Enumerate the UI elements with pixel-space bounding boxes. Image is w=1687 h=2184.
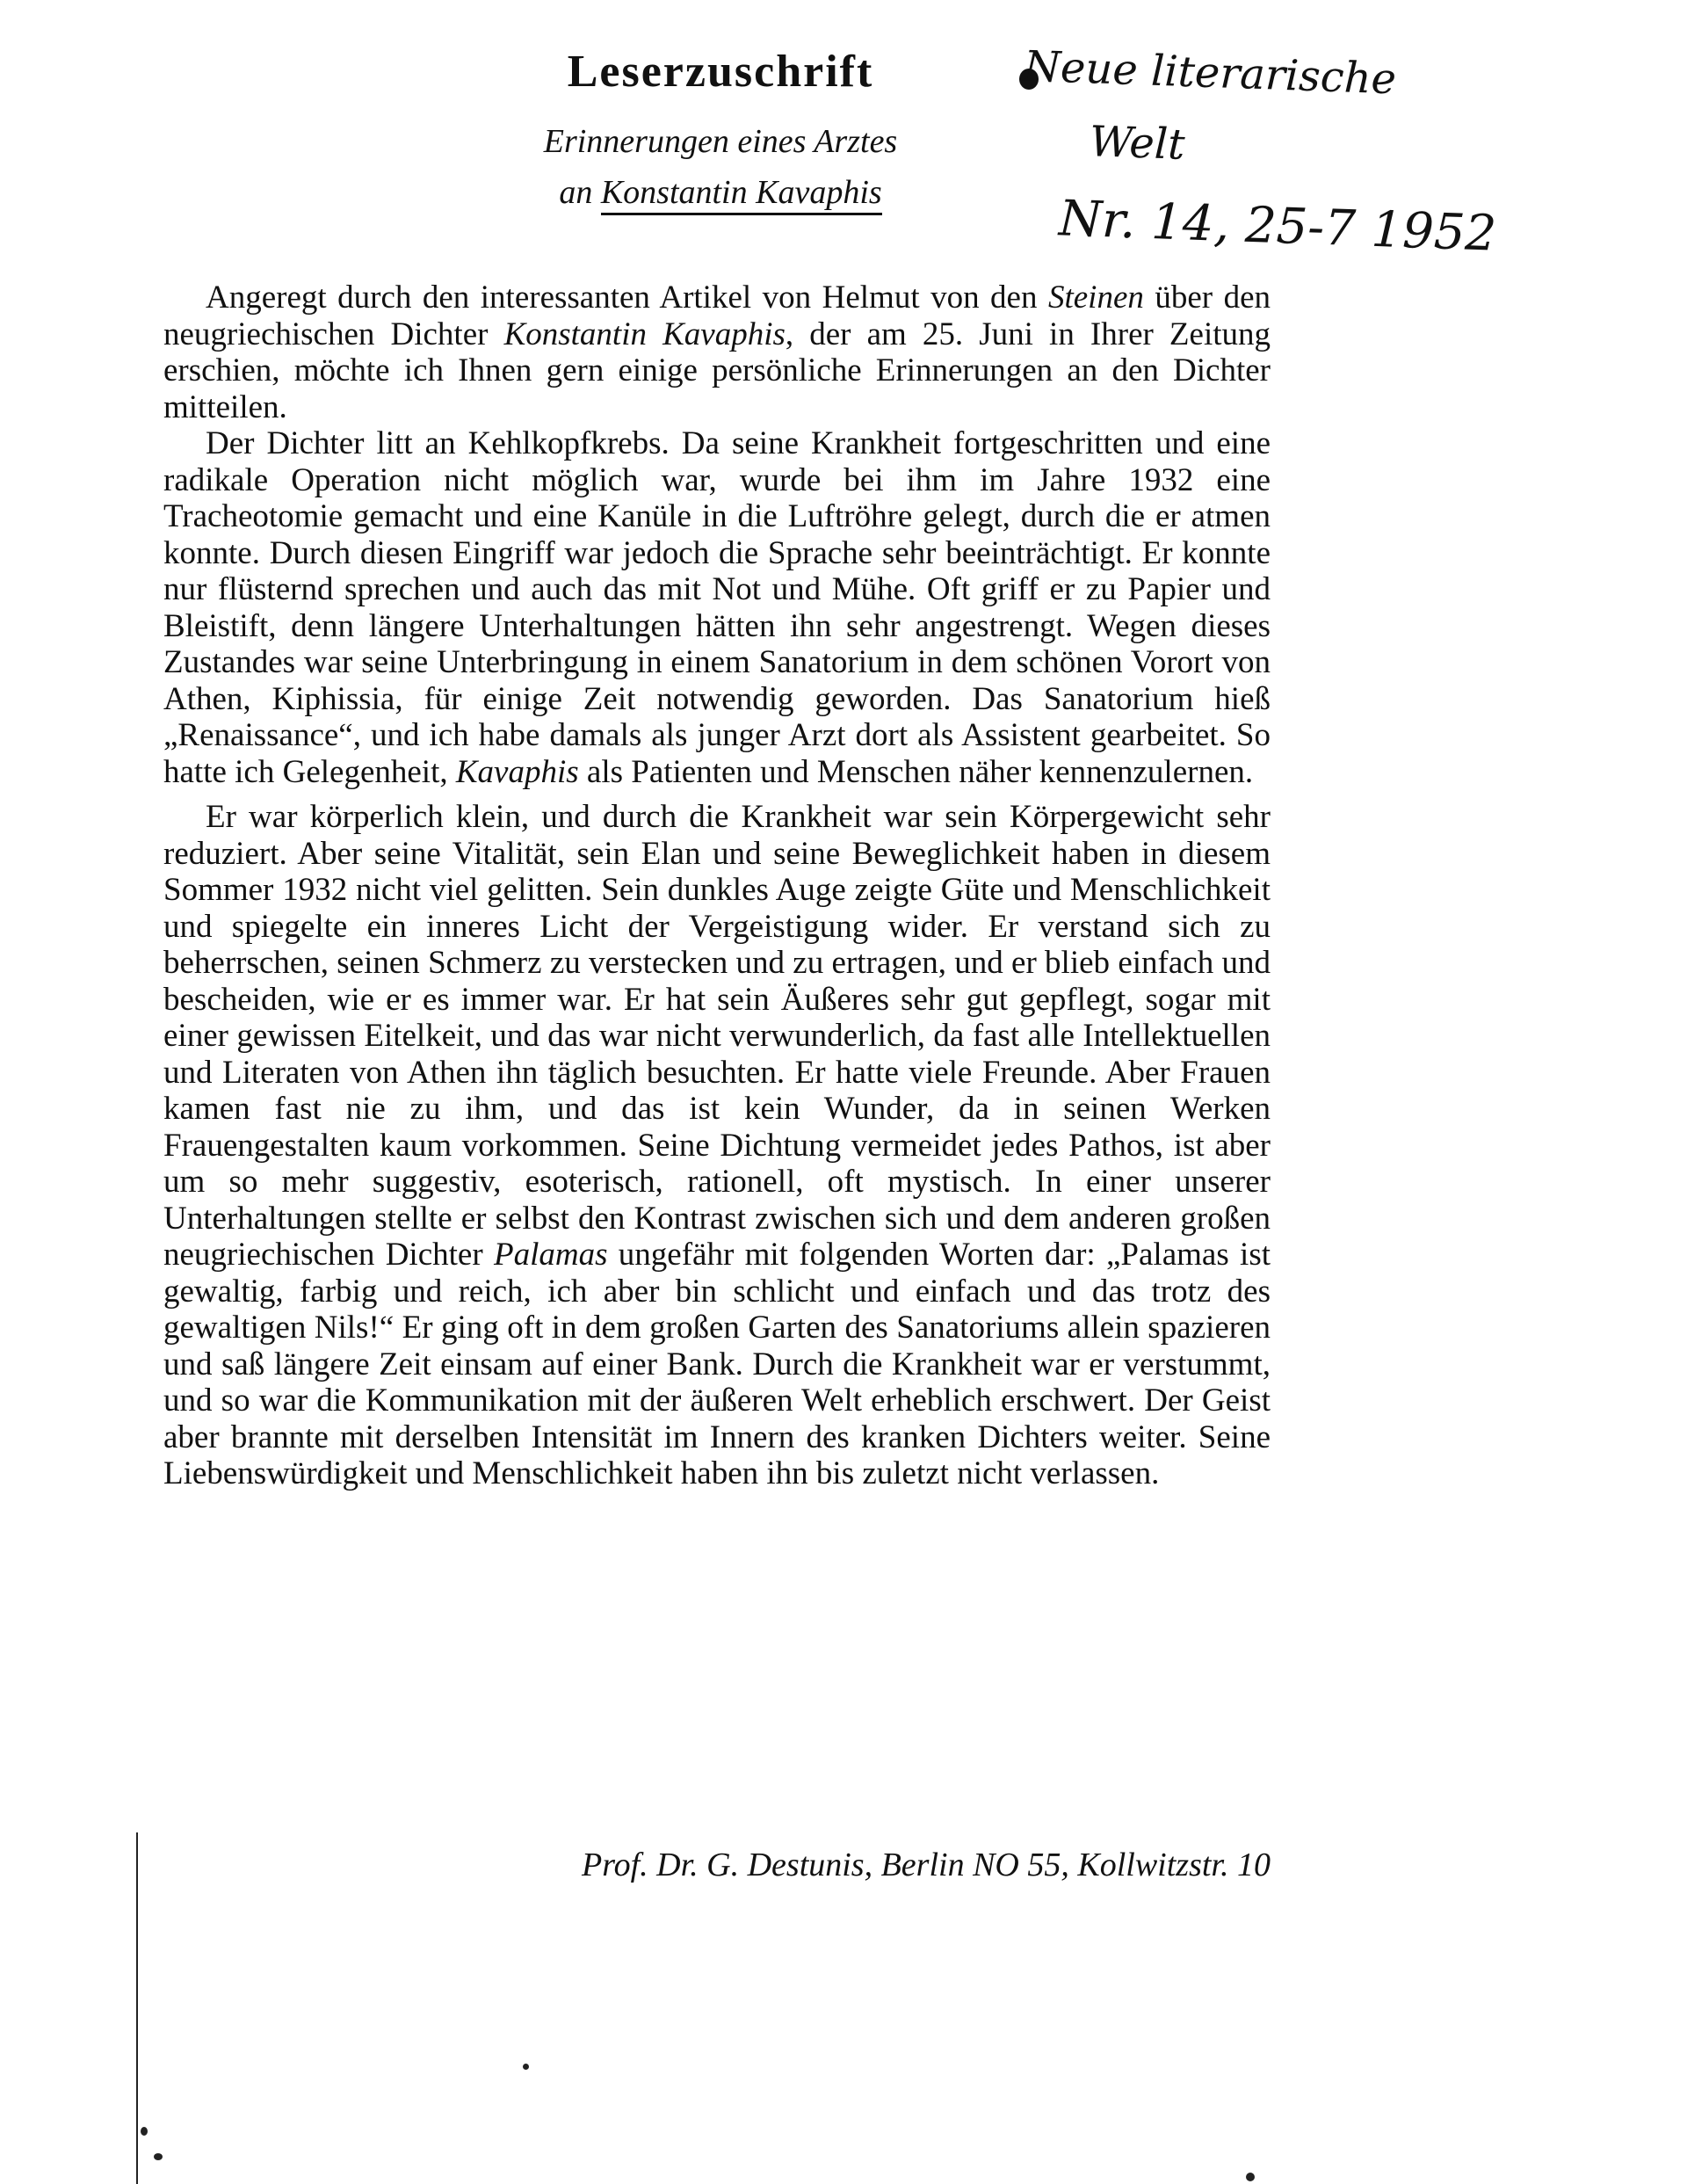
scanned-page: Leserzuschrift Erinnerungen eines Arztes… [0, 0, 1687, 2184]
scan-edge-line [136, 1832, 138, 2184]
handwritten-note-line-2: Welt [1089, 117, 1185, 170]
paragraph: Der Dichter litt an Kehlkopfkrebs. Da se… [163, 425, 1271, 790]
paragraph: Er war körperlich klein, und durch die K… [163, 799, 1271, 1492]
paragraph: Angeregt durch den interessanten Artikel… [163, 279, 1271, 425]
article-body: Angeregt durch den interessanten Artikel… [163, 279, 1271, 1492]
subtitle-line-1: Erinnerungen eines Arztes [492, 116, 949, 167]
article-header: Leserzuschrift Erinnerungen eines Arztes… [492, 35, 949, 218]
scan-speck [154, 2153, 163, 2160]
signature: Prof. Dr. G. Destunis, Berlin NO 55, Kol… [582, 1846, 1271, 1884]
subtitle-line-2: an Konstantin Kavaphis [492, 167, 949, 218]
text-segment: Er war körperlich klein, und durch die K… [163, 799, 1271, 1273]
handwritten-note-line-3: Nr. 14, 25-7 1952 [1058, 190, 1497, 262]
text-segment: ungefähr mit folgenden Worten dar: „Pala… [163, 1237, 1271, 1491]
italic-name: Konstantin Kavaphis [504, 316, 786, 352]
text-segment: als Patienten und Menschen näher kennenz… [579, 754, 1253, 790]
subtitle-prefix: an [559, 174, 601, 211]
italic-name: Palamas [494, 1237, 608, 1273]
text-segment: Angeregt durch den interessanten Artikel… [206, 279, 1048, 316]
handwritten-note-line-1: Neue literarische [1023, 42, 1397, 105]
subtitle: Erinnerungen eines Arztes an Konstantin … [492, 116, 949, 218]
scan-speck [1246, 2173, 1255, 2181]
text-segment: Der Dichter litt an Kehlkopfkrebs. Da se… [163, 425, 1271, 790]
page-title: Leserzuschrift [492, 46, 949, 98]
scan-speck [523, 2064, 529, 2070]
italic-name: Kavaphis [456, 754, 579, 790]
subtitle-name: Konstantin Kavaphis [601, 174, 882, 215]
italic-name: Steinen [1048, 279, 1144, 316]
scan-speck [141, 2127, 148, 2136]
